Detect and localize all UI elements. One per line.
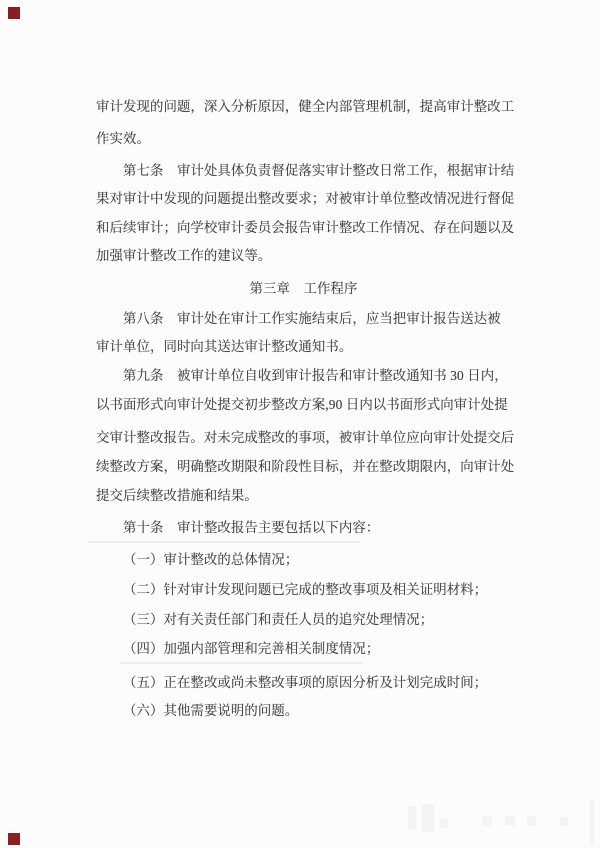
text-line: （三）对有关责任部门和责任人员的追究处理情况；: [96, 611, 433, 629]
scan-streak: [120, 662, 363, 664]
text-line: （四）加强内部管理和完善相关制度情况；: [96, 640, 379, 658]
text-line: 加强审计整改工作的建议等。: [96, 247, 271, 265]
faint-watermark-artifact: [560, 817, 568, 826]
text-line: 和后续审计；向学校审计委员会报告审计整改工作情况、存在问题以及: [96, 219, 514, 237]
text-line: 审计发现的问题，深入分析原因，健全内部管理机制，提高审计整改工: [96, 98, 514, 116]
faint-watermark-artifact: [590, 800, 594, 846]
text-line: 交审计整改报告。对未完成整改的事项，被审计单位应向审计处提交后: [96, 429, 514, 447]
text-line: （二）针对审计发现问题已完成的整改事项及相关证明材料；: [96, 581, 487, 599]
text-line: （五）正在整改或尚未整改事项的原因分析及计划完成时间；: [96, 674, 487, 692]
text-line: （六）其他需要说明的问题。: [96, 702, 298, 720]
chapter-heading: 第三章 工作程序: [96, 280, 511, 298]
faint-watermark-artifact: [482, 816, 492, 826]
text-line: 审计单位，同时向其送达审计整改通知书。: [96, 338, 352, 356]
faint-watermark-artifact: [505, 816, 515, 826]
text-line: （一）审计整改的总体情况；: [96, 551, 298, 569]
faint-watermark-artifact: [527, 816, 536, 826]
faint-watermark-artifact: [422, 804, 434, 832]
text-line: 以书面形式向审计处提交初步整改方案,90 日内以书面形式向审计处提: [96, 396, 508, 414]
red-corner-mark: [8, 7, 20, 19]
faint-watermark-artifact: [408, 806, 416, 830]
red-corner-mark: [8, 833, 20, 845]
faint-watermark-artifact: [440, 818, 448, 828]
text-line: 续整改方案，明确整改期限和阶段性目标，并在整改期限内，向审计处: [96, 458, 514, 476]
scan-streak: [88, 541, 360, 543]
text-line: 第九条 被审计单位自收到审计报告和审计整改通知书 30 日内，: [96, 367, 508, 385]
text-line: 第十条 审计整改报告主要包括以下内容：: [96, 519, 379, 537]
document-page: 审计发现的问题，深入分析原因，健全内部管理机制，提高审计整改工作实效。第七条 审…: [0, 0, 600, 848]
text-line: 果对审计中发现的问题提出整改要求；对被审计单位整改情况进行督促: [96, 190, 514, 208]
text-line: 提交后续整改措施和结果。: [96, 487, 258, 505]
text-line: 第八条 审计处在审计工作实施结束后，应当把审计报告送达被: [96, 310, 501, 328]
text-line: 第七条 审计处具体负责督促落实审计整改日常工作，根据审计结: [96, 162, 514, 180]
text-line: 作实效。: [96, 130, 150, 148]
